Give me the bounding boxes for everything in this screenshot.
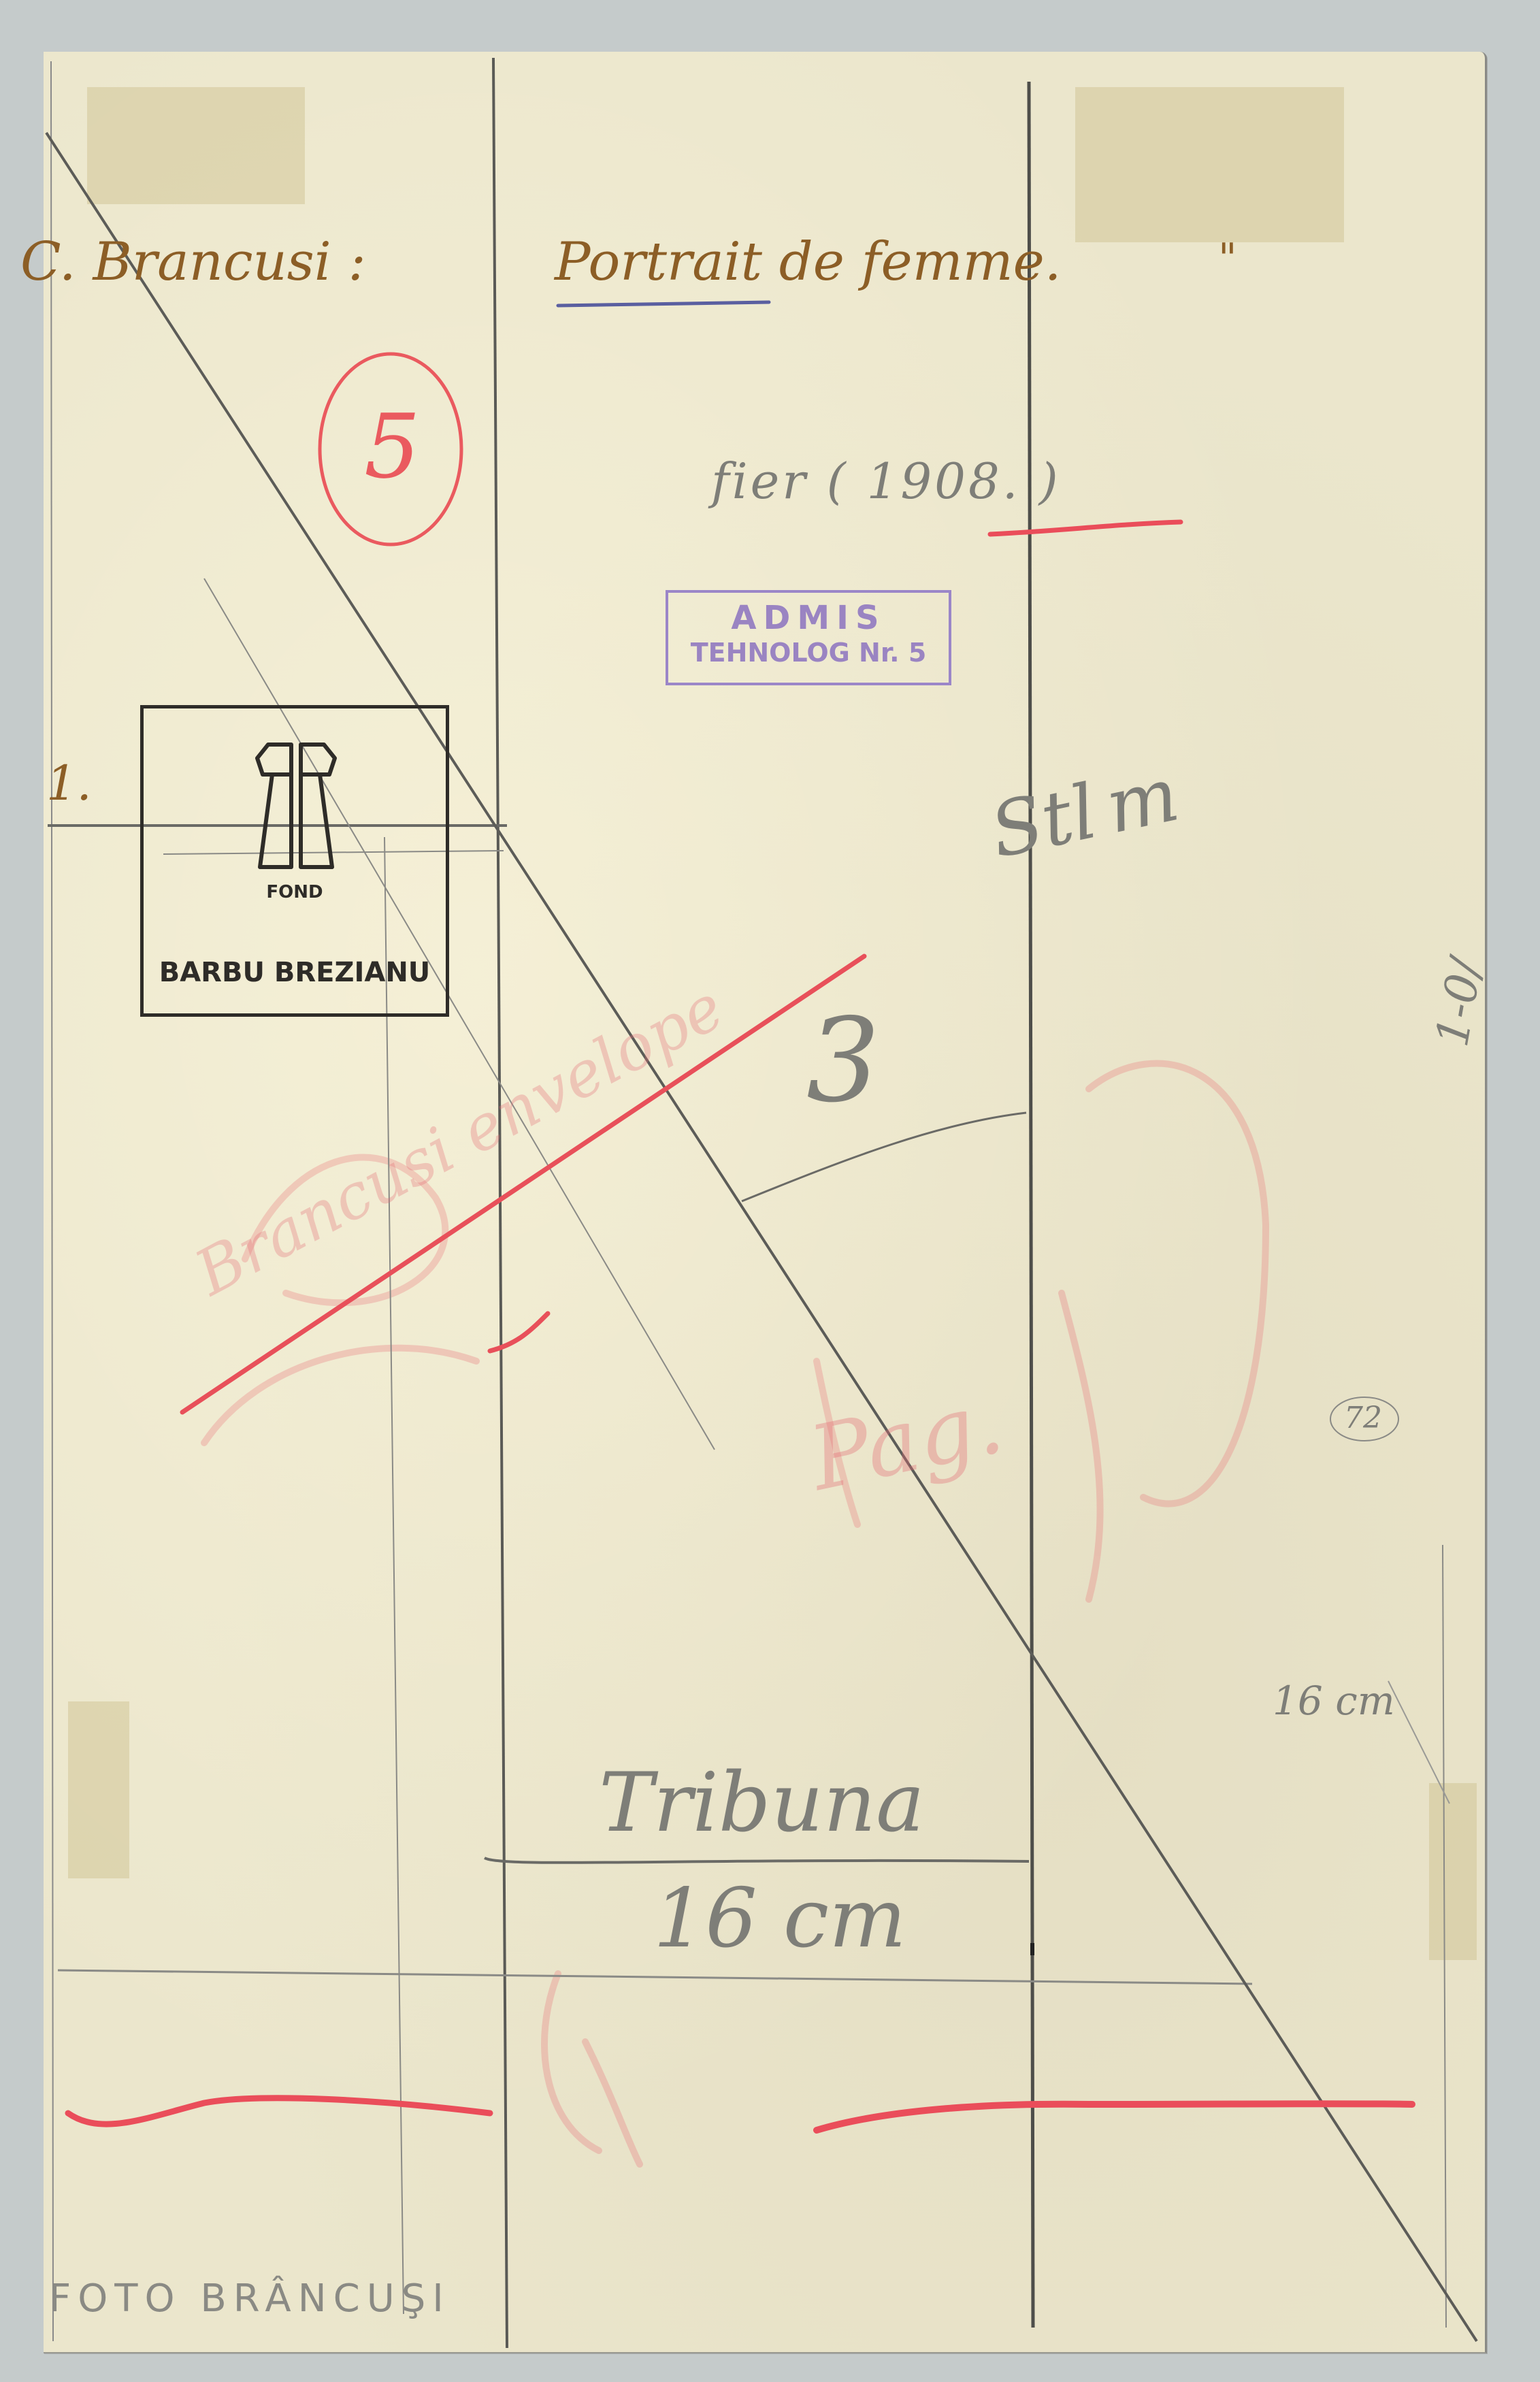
title-artist: C. Brancusi : bbox=[20, 231, 366, 293]
admis-stamp-line2: TEHNOLOG Nr. 5 bbox=[668, 636, 949, 669]
admis-stamp-line1: ADMIS bbox=[668, 600, 949, 636]
left-margin-mark: 1. bbox=[46, 755, 92, 811]
circled-number-5: 5 bbox=[364, 395, 421, 498]
publication-name: Tribuna bbox=[599, 1756, 925, 1850]
material-date-note: fier ( 1908. ) bbox=[711, 453, 1061, 510]
title-work: Portrait de femme. bbox=[555, 231, 1062, 293]
pencil-crop-marks bbox=[0, 0, 1540, 2382]
fond-label: FOND bbox=[144, 882, 446, 902]
right-measure-note: 16 cm bbox=[1273, 1678, 1395, 1724]
admis-stamp: ADMIS TEHNOLOG Nr. 5 bbox=[666, 590, 951, 685]
fond-name: BARBU BREZIANU bbox=[144, 957, 446, 988]
footer-foto-brancusi: FOTO BRÂNCUŞI bbox=[49, 2277, 450, 2321]
pencil-number-3: 3 bbox=[806, 994, 880, 1128]
title-closing-quote: " bbox=[1218, 235, 1237, 282]
catalog-number-72: 72 bbox=[1344, 1401, 1382, 1435]
fond-barbu-brezianu-stamp: FOND BARBU BREZIANU bbox=[140, 705, 449, 1017]
publication-size: 16 cm bbox=[653, 1872, 906, 1966]
fond-logo-icon bbox=[249, 739, 344, 872]
